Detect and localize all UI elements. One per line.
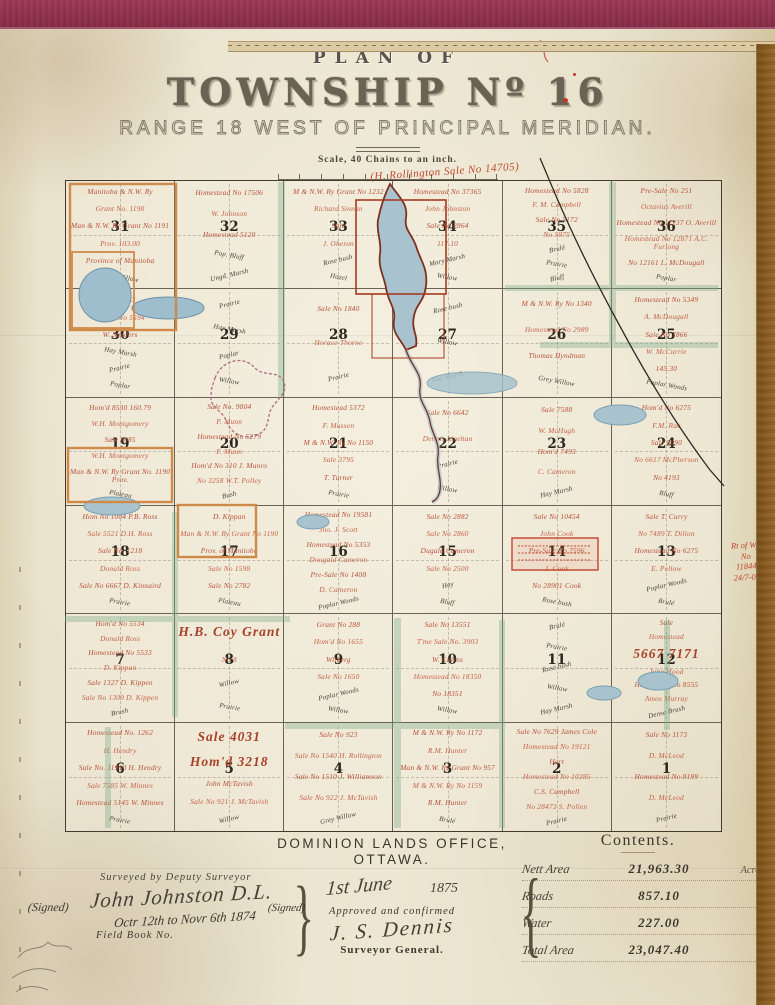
parcel-label: Pre-Sale No 7596 — [529, 547, 585, 555]
parcel-label: Sale 3795 — [323, 456, 354, 464]
parcel-label: Prairie — [546, 642, 568, 653]
stitched-hem — [228, 41, 775, 52]
parcel-label: Sale No 6667 D. Kinnaird — [79, 582, 161, 590]
parcel-label: Homestead No 5533 — [88, 649, 152, 657]
parcel-label: Homestead — [649, 633, 684, 641]
section-labels: Sale T. CurryNo 7489 T. DillonHomestead … — [614, 508, 719, 611]
parcel-label: Prairie — [109, 815, 131, 826]
section-labels: Rose bushWillowHay Marsh — [395, 291, 499, 394]
parcel-label: Dugald Cameron — [421, 547, 475, 555]
parcel-label: Poplar Woods — [645, 578, 687, 595]
parcel-label: 5667 7171 — [633, 647, 699, 662]
parcel-label: Sale 5685 — [105, 436, 136, 444]
parcel-label: C.S. Campbell — [534, 788, 580, 796]
section-cell: 14Sale No 10454John CookPre-Sale No 7596… — [503, 506, 612, 614]
parcel-label: Prov. of Manitoba — [201, 547, 258, 555]
section-labels: Homestead No 37365John JohnstonSale No 2… — [395, 183, 499, 286]
section-labels: Homestead No 19581Jno. J. ScottHomestead… — [286, 508, 390, 611]
section-labels: Pre-Sale No 251Octavius AverillHomestead… — [614, 183, 719, 286]
parcel-label: D. McLeod — [649, 794, 684, 802]
parcel-label: No 8 — [222, 656, 237, 664]
parcel-label: Sale — [660, 619, 674, 627]
section-labels: Homestead No 5349A. McDougallSale No 786… — [614, 291, 719, 394]
section-cell: 15Sale No 2882Sale No 2860Dugald Cameron… — [393, 506, 502, 614]
parcel-label: Poplar Woods — [645, 379, 687, 394]
parcel-label: Hay Marsh — [431, 370, 465, 385]
parcel-label: Homestead 5372 — [312, 404, 365, 412]
parcel-label: Grant No. 1190 — [96, 205, 145, 213]
parcel-label: Sale 3783 — [105, 296, 136, 304]
parcel-label: M & N.W. Ry No 1159 — [413, 782, 483, 790]
contents-row-value: 21,963.30 — [598, 861, 720, 877]
scale-note: Scale, 40 Chains to an inch. — [0, 155, 775, 165]
parcel-label: E. Pellow — [651, 565, 682, 573]
section-labels: SaleHomestead5667 7171John HoodHomestead… — [614, 616, 719, 719]
parcel-label: Hom'd No 6275 — [642, 404, 691, 412]
section-labels: Homestead No 5828F. M. CampbellSale No 5… — [505, 183, 609, 286]
parcel-label: Sale No 2864 — [426, 222, 468, 230]
parcel-label: Horace Thorne — [314, 339, 362, 347]
section-labels: M & N.W. Ry No 1172R.M. HunterMan & N.W.… — [395, 725, 499, 829]
parcel-label: No 6617 McPherson — [634, 456, 699, 464]
parcel-label: Thomas Hyndman — [528, 352, 585, 360]
parcel-label: Pre-Sale No 251 — [640, 187, 692, 195]
parcel-label: Prairie — [327, 489, 349, 500]
parcel-label: Sale No 2882 — [426, 513, 468, 521]
section-cell: 2Sale No 7629 James ColeHomestead No 191… — [503, 723, 612, 831]
parcel-label: No 7489 T. Dillon — [638, 530, 695, 538]
contents-rows: Nett Area21,963.30AcresRoads857.10„Water… — [522, 861, 764, 962]
pink-cloth-binding — [0, 0, 775, 29]
contents-row-label: Water — [521, 916, 599, 931]
parcel-label: D. Cameron — [319, 586, 357, 594]
parcel-label: Hazel — [329, 273, 347, 283]
section-labels: D. KippanMan & N.W. Ry Grant No 1190Prov… — [177, 508, 281, 611]
parcel-label: John McTavish — [206, 780, 253, 788]
parcel-label: Sale 5521 D.H. Ross — [87, 530, 152, 538]
parcel-label: Bluff — [549, 274, 565, 285]
parcel-label: Hom'd 3218 — [190, 755, 269, 770]
contents-row: Total Area23,047.40„ — [522, 942, 764, 962]
parcel-label: Willow — [546, 683, 567, 694]
section-labels: Sale No 7629 James ColeHomestead No 1912… — [505, 725, 609, 829]
parcel-label: Rose Willow — [101, 271, 138, 285]
contents-row: Roads857.10„ — [522, 888, 764, 908]
parcel-label: Ungd. Marsh — [209, 268, 249, 284]
parcel-label: Homestead No 5828 — [525, 187, 589, 195]
section-cell: 7Hom'd No 5534Donald RossHomestead No 55… — [66, 614, 175, 722]
parcel-label: Brulé — [439, 815, 456, 825]
parcel-label: Sale 1327 D. Kippen — [87, 679, 152, 687]
parcel-label: Homestead No 19121 — [523, 743, 591, 751]
parcel-label: A. McDougall — [644, 313, 688, 321]
parcel-label: Man & N.W. Ry Grant No. 1190 Prov. — [68, 468, 172, 484]
parcel-label: T'me Sale No. 3903 — [417, 638, 478, 646]
section-labels: Hom'd 8530 160.79W.H. MontgomerySale 568… — [68, 400, 172, 503]
parcel-label: Homestead No 10285 — [523, 773, 591, 781]
parcel-label: J. Oberon — [323, 240, 354, 248]
parcel-label: Rose bush — [541, 597, 572, 610]
parcel-label: D. McLeod — [649, 752, 684, 760]
section-cell: 4Sale No 923Sale No 1540 H. RollingtonSa… — [284, 723, 393, 831]
township-grid: 31Manitoba & N.W. RyGrant No. 1190Man & … — [65, 180, 722, 832]
parcel-label: H.B. Coy Grant — [178, 625, 280, 640]
parcel-label: Bluff — [659, 490, 674, 500]
parcel-label: Sale No 923 — [319, 731, 357, 739]
parcel-label: T. Turner — [324, 474, 353, 482]
parcel-label: M & N.W. Ry No 1172 — [413, 729, 483, 737]
parcel-label: F. Munn — [216, 448, 242, 456]
parcel-label: Sale No 2860 — [426, 530, 468, 538]
parcel-label: Bluff — [440, 598, 455, 608]
parcel-label: Brulé — [548, 245, 566, 256]
office-block: DOMINION LANDS OFFICE, OTTAWA. 1st June … — [272, 836, 512, 956]
section-cell: 6Homestead No. 1262H. HendrySale No. 119… — [66, 723, 175, 831]
parcel-label: Donald Ross — [100, 565, 140, 573]
parcel-label: Hom'd No 1655 — [314, 638, 363, 646]
parcel-label: Hom'd 8530 160.79 — [89, 404, 151, 412]
parcel-label: Prairie — [218, 702, 240, 713]
section-cell: 25Homestead No 5349A. McDougallSale No 7… — [612, 289, 721, 397]
parcel-label: Homestead No 37365 — [414, 188, 482, 196]
contents-row-label: Total Area — [521, 943, 599, 958]
section-labels: Sale No. 9804P. MunnHomestead No 5279F. … — [177, 400, 281, 503]
section-cell: 5Sale 4031Hom'd 3218John McTavishSale No… — [175, 723, 284, 831]
parcel-label: Plateau — [108, 490, 132, 501]
parcel-label: Sale No. 1218 — [98, 547, 142, 555]
surveyor-signature-block: (Signed) Surveyed by Deputy Surveyor Joh… — [28, 872, 308, 941]
contents-row-label: Nett Area — [521, 862, 599, 877]
section-labels: H.B. Coy GrantNo 8WillowPrairie — [177, 616, 281, 719]
parcel-label: C. Cameron — [538, 468, 576, 476]
section-labels: Hom'd No 6275F.M. RaeSale 5090No 6617 Mc… — [614, 400, 719, 503]
section-labels: Sale 4031Hom'd 3218John McTavishSale No … — [177, 725, 281, 829]
section-cell: 35Homestead No 5828F. M. CampbellSale No… — [503, 181, 612, 289]
parcel-label: Homestead No 19581 — [305, 511, 373, 519]
parcel-label: Sale No 2500 — [426, 565, 468, 573]
section-cell: 36Pre-Sale No 251Octavius AverillHomeste… — [612, 181, 721, 289]
parcel-label: Hom'd No 5534 — [95, 620, 144, 628]
parcel-label: Homestead No 6275 — [635, 547, 699, 555]
section-cell: 3M & N.W. Ry No 1172R.M. HunterMan & N.W… — [393, 723, 502, 831]
parcel-label: F. Mussen — [323, 422, 355, 430]
parcel-label: Sale No 7629 James Cole — [516, 728, 597, 736]
parcel-label: Brulé — [658, 598, 675, 608]
ink-speck — [573, 73, 576, 76]
parcel-label: Donald Ross — [100, 635, 140, 643]
parcel-label: Rose bush — [541, 661, 572, 675]
parcel-label: 117.10 — [437, 240, 458, 248]
parcel-label: Hay — [441, 581, 454, 591]
parcel-label: Province of Manitoba — [86, 257, 155, 265]
contents-title-rule — [621, 852, 655, 853]
section-cell: 18Hom No 1004 P.B. RossSale 5521 D.H. Ro… — [66, 506, 175, 614]
section-cell: 22Sale No 6642Dennis LinehanPrairieWillo… — [393, 398, 502, 506]
parcel-label: Dennis Linehan — [423, 435, 473, 443]
section-labels: PrairieHay MarshPoplarWillow — [177, 291, 281, 394]
scanned-township-plan: PLAN OF TOWNSHIP Nº 16 RANGE 18 WEST OF … — [0, 0, 775, 1005]
section-cell: 31Manitoba & N.W. RyGrant No. 1190Man & … — [66, 181, 175, 289]
contents-row: Water227.00„ — [522, 915, 764, 935]
parcel-label: Prairie — [546, 259, 568, 270]
section-labels: Hom'd No 5534Donald RossHomestead No 553… — [68, 616, 172, 719]
parcel-label: John Johnston — [425, 205, 471, 213]
right-binding-edge — [756, 44, 775, 1005]
section-cell: 10Sale No 13551T'me Sale No. 3903W. Cair… — [393, 614, 502, 722]
parcel-label: John Hood — [649, 668, 683, 676]
parcel-label: Willow — [437, 485, 458, 496]
parcel-label: W.H. Montgomery — [92, 452, 149, 460]
section-cell: 33M & N.W. Ry Grant No 1232Richard Sinna… — [284, 181, 393, 289]
date-day-month: 1st June — [325, 872, 393, 901]
parcel-label: W. Sanders — [103, 331, 138, 339]
parcel-label: Willow — [218, 678, 240, 690]
section-cell: 26M & N.W. Ry No 1340Homestead No 2989Th… — [503, 289, 612, 397]
parcel-label: No 28473 S. Pollen — [526, 803, 587, 811]
parcel-label: Sale No 1510 J. Williamson — [295, 773, 382, 781]
parcel-label: Grey Willow — [538, 375, 575, 389]
section-cell: 16Homestead No 19581Jno. J. ScottHomeste… — [284, 506, 393, 614]
section-labels: Sale No 2882Sale No 2860Dugald CameronSa… — [395, 508, 499, 611]
parcel-label: Hom No 1004 P.B. Ross — [83, 513, 158, 521]
parcel-label: Grant No 288 — [317, 621, 360, 629]
parcel-label: Sale 5090 — [651, 439, 682, 447]
parcel-label: Prov. 103.00 — [100, 240, 140, 248]
section-cell: 27Rose bushWillowHay Marsh — [393, 289, 502, 397]
parcel-label: Prairie — [546, 816, 568, 828]
parcel-label: Sale No 6642 — [426, 409, 468, 417]
parcel-label: Man & N.W. Ry Grant No 1191 — [71, 222, 169, 230]
parcel-label: Hart — [549, 758, 564, 766]
section-labels: Sale No 1173D. McLeodHomestead No 8199D.… — [614, 725, 719, 829]
parcel-label: Homestead No 2989 — [525, 326, 589, 334]
parcel-label: No 18351 — [432, 690, 463, 698]
parcel-label: Prairie — [218, 298, 240, 310]
section-cell: 17D. KippanMan & N.W. Ry Grant No 1190Pr… — [175, 506, 284, 614]
parcel-label: M & N.W. Ry No 1150 — [304, 439, 374, 447]
parcel-label: Rose bush — [323, 254, 354, 268]
parcel-label: Hay Marsh — [103, 346, 137, 359]
section-cell: 28Sale No 1840Horace ThornePrairie — [284, 289, 393, 397]
parcel-label: No 4193 — [653, 474, 680, 482]
parcel-label: J. Cook — [545, 565, 569, 573]
parcel-label: Poplar — [656, 273, 677, 284]
parcel-label: Sale No 1598 — [208, 565, 250, 573]
section-labels: Hom No 1004 P.B. RossSale 5521 D.H. Ross… — [68, 508, 172, 611]
parcel-label: Sale No 10454 — [534, 513, 580, 521]
parcel-label: D. Kippan — [104, 664, 137, 672]
section-cell: 32Homestead No 17506W. JohnsonHomestead … — [175, 181, 284, 289]
range-heading: RANGE 18 WEST OF PRINCIPAL MERIDIAN. — [0, 118, 775, 140]
section-cell: 12SaleHomestead5667 7171John HoodHomeste… — [612, 614, 721, 722]
parcel-label: Sale No 921 J. McTavish — [190, 798, 268, 806]
parcel-label: No 5875 — [543, 231, 570, 239]
section-cell: 20Sale No. 9804P. MunnHomestead No 5279F… — [175, 398, 284, 506]
parcel-label: M & N.W. Ry Grant No 1232 — [293, 188, 384, 196]
section-cell: 13Sale T. CurryNo 7489 T. DillonHomestea… — [612, 506, 721, 614]
title-rule — [356, 147, 420, 152]
parcel-label: Man & N.W. Ry Grant No 957 — [400, 764, 495, 772]
parcel-label: P. Munn — [216, 418, 242, 426]
parcel-label: No 28901 Cook — [532, 582, 581, 590]
section-cell: 19Hom'd 8530 160.79W.H. MontgomerySale 5… — [66, 398, 175, 506]
parcel-label: Willow — [437, 706, 458, 717]
parcel-label: Hom'd No 5594 — [95, 314, 144, 322]
parcel-label: Sale No. 11910 H. Hendry — [79, 764, 162, 772]
parcel-label: H. Hendry — [104, 747, 137, 755]
section-labels: Sale No 923Sale No 1540 H. RollingtonSal… — [286, 725, 390, 829]
parcel-label: Sale No 1173 — [646, 731, 688, 739]
section-labels: Sale No 6642Dennis LinehanPrairieWillow — [395, 400, 499, 503]
parcel-label: Sale 4031 — [198, 730, 261, 745]
parcel-label: John Cook — [540, 530, 574, 538]
section-cell: 34Homestead No 37365John JohnstonSale No… — [393, 181, 502, 289]
parcel-label: Mary Marsh — [429, 253, 466, 269]
parcel-label: Jno. J. Scott — [319, 526, 358, 534]
section-labels: Sale No 13551T'me Sale No. 3903W. Cairns… — [395, 616, 499, 719]
parcel-label: Willow — [218, 814, 240, 826]
parcel-label: Poplar Woods — [317, 596, 359, 613]
parcel-label: Sale — [332, 222, 346, 230]
parcel-label: Sale T. Curry — [645, 513, 687, 521]
parcel-label: M & N.W. Ry No 1340 — [522, 300, 592, 308]
section-labels: Grant No 288Hom'd No 1655WilbergSale No … — [286, 616, 390, 719]
parcel-label: Homestead No 11237 O. Averill — [617, 219, 717, 227]
section-cell: 11BruléPrairieRose bushWillowHay Marsh — [503, 614, 612, 722]
parcel-label: Manitoba & N.W. Ry — [87, 188, 152, 196]
contents-row-value: 227.00 — [598, 915, 720, 931]
section-cell: 1Sale No 1173D. McLeodHomestead No 8199D… — [612, 723, 721, 831]
parcel-label: 145.30 — [656, 365, 678, 373]
parcel-label: Richard Sinnan — [314, 205, 363, 213]
parcel-label: Octavius Averill — [641, 203, 692, 211]
section-labels: Sale 7588W. McHughHom'd 7493C. CameronHa… — [505, 400, 609, 503]
parcel-label: Prairie — [109, 363, 131, 375]
section-cell: 30Sale 3783Hom'd No 5594W. SandersHay Ma… — [66, 289, 175, 397]
section-labels: Sale No 10454John CookPre-Sale No 7596J.… — [505, 508, 609, 611]
office-city: OTTAWA. — [272, 852, 512, 867]
contents-block: Contents. Nett Area21,963.30AcresRoads85… — [512, 832, 764, 969]
section-cell: 24Hom'd No 6275F.M. RaeSale 5090No 6617 … — [612, 398, 721, 506]
parcel-label: Homestead No 8199 — [635, 773, 699, 781]
parcel-label: Wilberg — [326, 656, 351, 664]
parcel-label: Pop. Bluff — [214, 250, 245, 263]
parcel-label: Prairie — [655, 813, 677, 825]
parcel-label: R.M. Hunter — [428, 747, 467, 755]
contents-row-label: Roads — [521, 889, 599, 904]
parcel-label: W. McHugh — [538, 427, 575, 435]
parcel-label: Sale No 1540 H. Rollington — [295, 752, 382, 760]
section-labels: Homestead 5372F. MussenM & N.W. Ry No 11… — [286, 400, 390, 503]
parcel-label: W. Johnson — [211, 210, 247, 218]
signed-note-center: (Signed) — [267, 902, 306, 914]
contents-row-value: 857.10 — [598, 888, 720, 904]
parcel-label: Sale No 2782 — [208, 582, 250, 590]
section-labels: Manitoba & N.W. RyGrant No. 1190Man & N.… — [68, 183, 172, 286]
section-cell: 8H.B. Coy GrantNo 8WillowPrairie — [175, 614, 284, 722]
parcel-label: Sale No. 9804 — [207, 403, 251, 411]
section-labels: BruléPrairieRose bushWillowHay Marsh — [505, 616, 609, 719]
parcel-label: Brulé — [548, 621, 566, 632]
parcel-label: Homestead 5120 — [203, 231, 256, 239]
parcel-label: Willow — [437, 272, 458, 283]
parcel-label: Sale No 7866 — [645, 331, 687, 339]
section-cell: 9Grant No 288Hom'd No 1655WilbergSale No… — [284, 614, 393, 722]
parcel-label: Hay Marsh — [540, 702, 574, 717]
parcel-label: Sale No 922 J. McTavish — [299, 794, 377, 802]
parcel-label: Amos Murray — [645, 695, 688, 703]
parcel-label: W. McCurrie — [646, 348, 687, 356]
contents-title: Contents. — [512, 832, 764, 850]
parcel-label: Homestead No 12871 A.C. Furlong — [614, 235, 718, 251]
section-labels: Sale No 1840Horace ThornePrairie — [286, 291, 390, 394]
section-labels: M & N.W. Ry No 1340Homestead No 2989Thom… — [505, 291, 609, 394]
parcel-label: Prairie — [327, 372, 349, 384]
parcel-label: Hom'd No 310 J. Munro — [191, 462, 267, 470]
parcel-label: Dougald Cameron — [309, 556, 367, 564]
contents-row-value: 23,047.40 — [598, 942, 720, 958]
section-labels: Homestead No. 1262H. HendrySale No. 1191… — [68, 725, 172, 829]
parcel-label: Prairie — [436, 459, 458, 471]
title-block: PLAN OF TOWNSHIP Nº 16 RANGE 18 WEST OF … — [0, 48, 775, 180]
parcel-label: Willow — [437, 338, 458, 349]
parcel-label: Homestead No. 1262 — [87, 729, 153, 737]
section-cell: 23Sale 7588W. McHughHom'd 7493C. Cameron… — [503, 398, 612, 506]
parcel-label: Sale No 1840 — [317, 305, 359, 313]
parcel-label: Hom'd 7493 — [538, 448, 576, 456]
parcel-label: Poplar — [109, 381, 130, 392]
parcel-label: Sale No 13551 — [425, 621, 471, 629]
parcel-label: Bush — [221, 491, 237, 502]
section-cell: 21Homestead 5372F. MussenM & N.W. Ry No … — [284, 398, 393, 506]
parcel-label: W. Cairns — [432, 656, 463, 664]
parcel-label: Dense Brush — [647, 705, 685, 721]
parcel-label: Man & N.W. Ry Grant No 1190 — [180, 530, 278, 538]
ink-speck — [563, 98, 568, 103]
parcel-label: Sale 7585 W. Minnes — [87, 782, 153, 790]
parcel-label: Hay Marsh — [540, 485, 574, 500]
parcel-label: Poplar — [218, 350, 239, 362]
parcel-label: No 3258 W.T. Polley — [197, 477, 261, 485]
parcel-label: Sale No 1309 D. Kippen — [82, 694, 158, 702]
parcel-label: Pre-Sale No 1408 — [310, 571, 366, 579]
parcel-label: Plateau — [217, 597, 241, 608]
township-heading: TOWNSHIP Nº 16 — [0, 70, 775, 114]
parcel-label: No 12161 L. McDougall — [628, 259, 704, 267]
section-cell: 29PrairieHay MarshPoplarWillow — [175, 289, 284, 397]
parcel-label: Sale 7588 — [541, 406, 572, 414]
parcel-label: Homestead No 17506 — [195, 189, 263, 197]
office-name: DOMINION LANDS OFFICE, — [272, 836, 512, 851]
parcel-label: Homestead No 5349 — [635, 296, 699, 304]
parcel-label: Willow — [328, 706, 349, 717]
parcel-label: Rose bush — [432, 302, 463, 316]
parcel-label: Willow — [219, 376, 240, 387]
parcel-label: R.M. Hunter — [428, 799, 467, 807]
parcel-label: Homestead 5145 W. Minnes — [76, 799, 163, 807]
parcel-label: Grey Willow — [320, 811, 357, 826]
parcel-label: Brush — [111, 707, 130, 718]
parcel-label: Homestead No 18350 — [414, 673, 482, 681]
parcel-label: Homestead No 5279 — [197, 433, 261, 441]
parcel-label: F. M. Campbell — [532, 201, 581, 209]
footer: (Signed) Surveyed by Deputy Surveyor Joh… — [0, 832, 775, 1000]
date-line: 1st June 1875 — [272, 875, 512, 898]
contents-row: Nett Area21,963.30Acres — [522, 861, 764, 881]
parcel-label: Prairie — [109, 597, 131, 608]
section-labels: Sale 3783Hom'd No 5594W. SandersHay Mars… — [68, 291, 172, 394]
parcel-label: Sale No 1650 — [317, 673, 359, 681]
